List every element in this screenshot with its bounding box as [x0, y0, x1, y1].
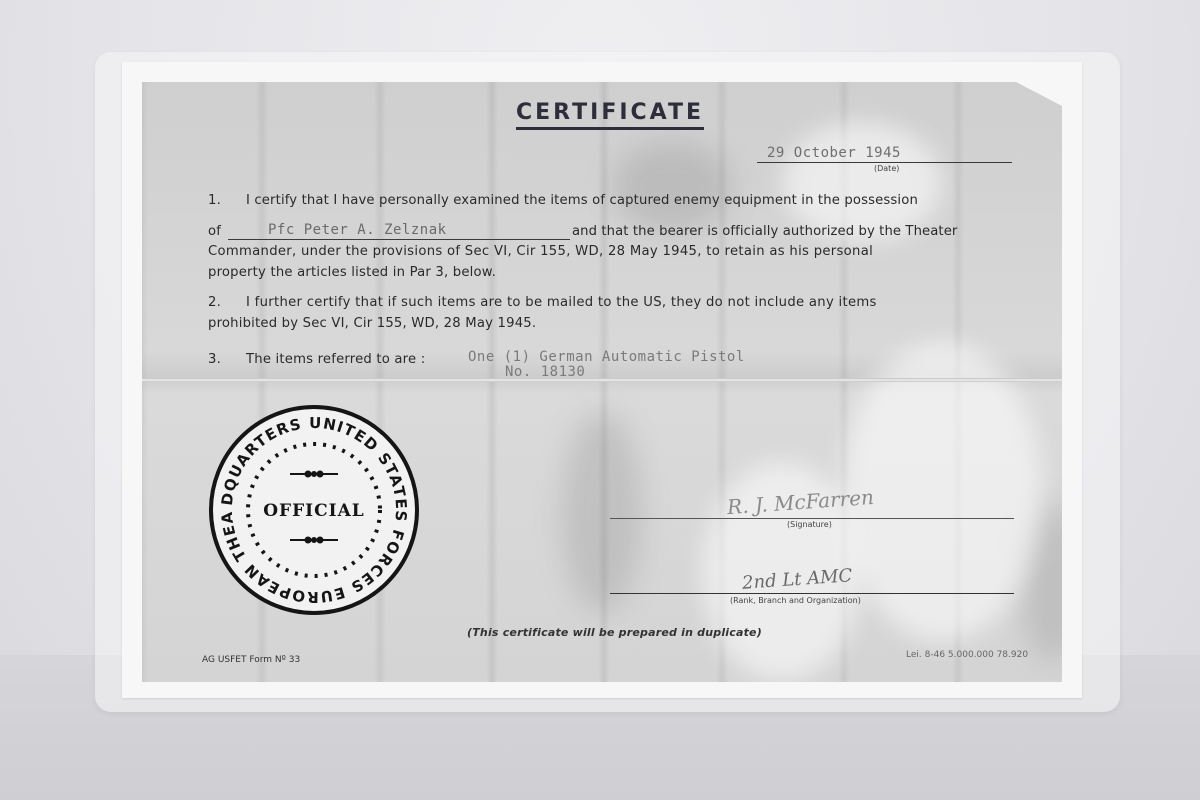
signature-label: (Signature)	[787, 520, 832, 529]
certificate-document: CERTIFICATE 29 October 1945 (Date) 1. I …	[142, 82, 1062, 682]
fold-crease	[142, 378, 1062, 382]
duplicate-note: (This certificate will be prepared in du…	[467, 626, 762, 639]
date-label: (Date)	[874, 164, 899, 173]
item-description: One (1) German Automatic Pistol	[468, 349, 745, 365]
para2-line1: I further certify that if such items are…	[246, 295, 877, 310]
seal-center-text: OFFICIAL	[263, 501, 365, 521]
para1-line2: and that the bearer is officially author…	[572, 224, 957, 239]
para1-line3: Commander, under the provisions of Sec V…	[208, 244, 873, 259]
item-serial: No. 18130	[505, 364, 585, 380]
para1-number: 1.	[208, 193, 221, 208]
water-stain	[612, 142, 732, 232]
date-value: 29 October 1945	[767, 145, 901, 161]
para1-line1: I certify that I have personally examine…	[246, 193, 918, 208]
signature-line	[610, 518, 1014, 519]
form-number: AG USFET Form Nº 33	[202, 655, 300, 665]
document-title: CERTIFICATE	[516, 100, 704, 130]
bearer-name: Pfc Peter A. Zelznak	[268, 222, 447, 238]
official-seal: HEADQUARTERS UNITED STATES FORCES EUROPE…	[208, 404, 420, 616]
print-code: Lei. 8-46 5.000.000 78.920	[906, 650, 1028, 660]
rank-line	[610, 593, 1014, 594]
para1-line4: property the articles listed in Par 3, b…	[208, 265, 496, 280]
para3-label: The items referred to are :	[246, 352, 425, 367]
rank-label: (Rank, Branch and Organization)	[730, 596, 861, 605]
para1-of: of	[208, 224, 221, 239]
para2-line2: prohibited by Sec VI, Cir 155, WD, 28 Ma…	[208, 316, 536, 331]
bearer-name-line	[228, 239, 570, 240]
para3-number: 3.	[208, 352, 221, 367]
date-line	[757, 162, 1012, 163]
para2-number: 2.	[208, 295, 221, 310]
water-stain	[562, 412, 642, 612]
